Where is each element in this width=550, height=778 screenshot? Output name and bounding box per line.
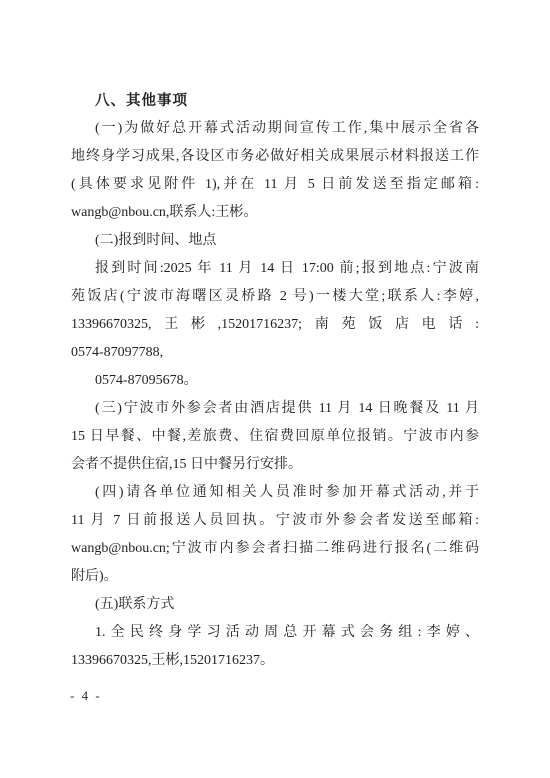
text-line: 15 日早餐、中餐,差旅费、住宿费回原单位报销。宁波市内参 — [71, 423, 479, 451]
text-line: 会者不提供住宿,15 日中餐另行安排。 — [71, 451, 479, 479]
page-number: - 4 - — [70, 688, 102, 704]
text-line: (二)报到时间、地点 — [71, 227, 479, 255]
text-line: 0574-87097788, — [71, 339, 479, 367]
document-body: 八、其他事项(一)为做好总开幕式活动期间宣传工作,集中展示全省各地终身学习成果,… — [71, 87, 479, 675]
text-line: 苑饭店(宁波市海曙区灵桥路 2 号)一楼大堂;联系人:李婷, — [71, 283, 479, 311]
text-line: (一)为做好总开幕式活动期间宣传工作,集中展示全省各 — [71, 115, 479, 143]
text-line: (具体要求见附件 1),并在 11 月 5 日前发送至指定邮箱: — [71, 171, 479, 199]
text-line: 报到时间:2025 年 11 月 14 日 17:00 前;报到地点:宁波南 — [71, 255, 479, 283]
text-line: (三)宁波市外参会者由酒店提供 11 月 14 日晚餐及 11 月 — [71, 395, 479, 423]
section-heading: 八、其他事项 — [71, 87, 479, 115]
text-line: 11 月 7 日前报送人员回执。宁波市外参会者发送至邮箱: — [71, 507, 479, 535]
text-line: (五)联系方式 — [71, 591, 479, 619]
text-line: 0574-87095678。 — [71, 367, 479, 395]
text-line: 13396670325,王彬,15201716237;南苑饭店电话: — [71, 311, 479, 339]
text-line: wangb@nbou.cn;宁波市内参会者扫描二维码进行报名(二维码 — [71, 535, 479, 563]
text-line: 附后)。 — [71, 563, 479, 591]
text-line: 13396670325,王彬,15201716237。 — [71, 647, 479, 675]
text-line: wangb@nbou.cn,联系人:王彬。 — [71, 199, 479, 227]
text-line: 地终身学习成果,各设区市务必做好相关成果展示材料报送工作 — [71, 143, 479, 171]
document-page: 八、其他事项(一)为做好总开幕式活动期间宣传工作,集中展示全省各地终身学习成果,… — [0, 0, 550, 778]
text-line: 1.全民终身学习活动周总开幕式会务组:李婷、 — [71, 619, 479, 647]
text-line: (四)请各单位通知相关人员准时参加开幕式活动,并于 — [71, 479, 479, 507]
